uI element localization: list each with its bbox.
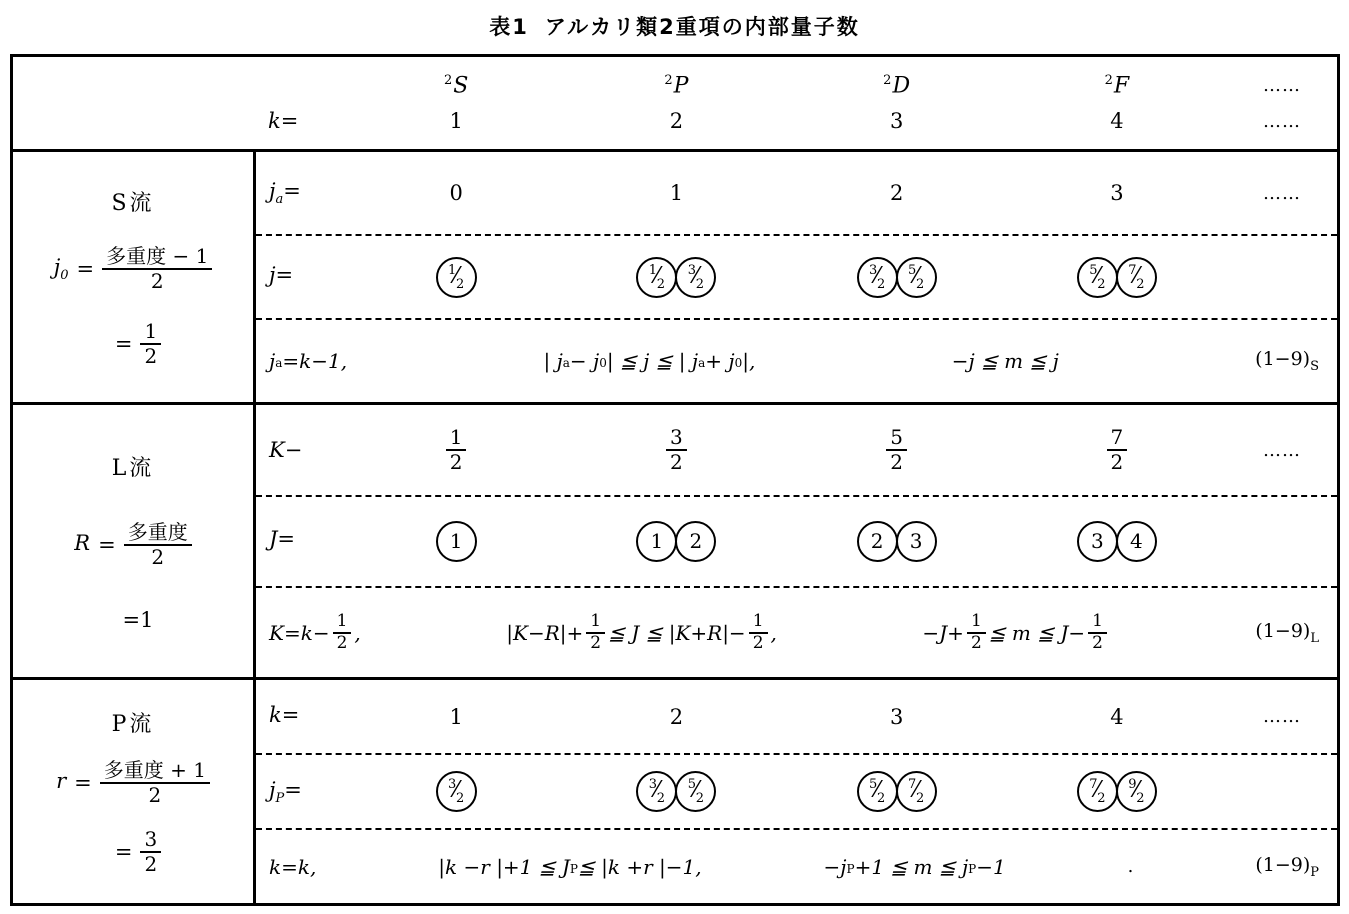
- circled-fraction: 5⁄2: [675, 771, 716, 812]
- formula-m-range: −j ≦ m ≦ j: [952, 349, 1059, 373]
- circled-group: 2 3: [857, 521, 937, 562]
- fraction-slash: ⁄: [875, 264, 879, 289]
- k-row-label: k=: [256, 703, 346, 731]
- equation-number: (1−9)L: [1255, 620, 1319, 646]
- k-value-row: k= 1 2 3 4 ……: [13, 109, 1337, 133]
- k-value: 2: [566, 705, 786, 729]
- k-label: k=: [256, 109, 346, 133]
- fraction: 52: [886, 426, 907, 474]
- table-header: 2S 2P 2D 2F …… k= 1 2 3 4 ……: [13, 57, 1337, 152]
- ja-value: 2: [787, 181, 1007, 205]
- section-s-body: ja= 0 1 2 3 …… j= 1⁄2 1⁄2 3⁄2: [256, 152, 1337, 402]
- fraction: 多重度 − 12: [102, 245, 212, 293]
- circled-integer: 4: [1116, 521, 1157, 562]
- row-ja: ja= 0 1 2 3 ……: [256, 152, 1337, 234]
- section-p-label: P流: [112, 707, 155, 738]
- fraction: 12: [749, 612, 768, 653]
- circled-fraction: 9⁄2: [1116, 771, 1157, 812]
- formula-m-range: −J+12≦ m ≦ J−12: [922, 612, 1110, 653]
- row-p-constraints: k=k, |k −r |+1 ≦ JP ≦ |k +r |−1, −jP+1 ≦…: [256, 828, 1337, 903]
- formula-bigj-range: |K−R|+12≦ J ≦ |K+R|−12,: [506, 612, 777, 653]
- k-value: 3: [787, 705, 1007, 729]
- section-p-definition: r = 多重度 + 12: [56, 759, 210, 807]
- scanned-table-page: 表1アルカリ類2重項の内部量子数 2S 2P 2D 2F …… k= 1 2 3…: [0, 0, 1349, 914]
- fraction: 12: [446, 426, 467, 474]
- ja-value: 1: [566, 181, 786, 205]
- ja-value: 3: [1007, 181, 1227, 205]
- section-l: L流 R = 多重度2 =1 K− 12 32 52 72 ……: [13, 405, 1337, 680]
- row-j: j= 1⁄2 1⁄2 3⁄2 3⁄2 5⁄2 5⁄2 7⁄2: [256, 234, 1337, 318]
- fraction-slash: ⁄: [655, 778, 659, 803]
- fraction-slash: ⁄: [694, 264, 698, 289]
- circled-integer: 3: [896, 521, 937, 562]
- ellipsis: ……: [1227, 75, 1337, 96]
- equation-number: (1−9)P: [1255, 854, 1319, 880]
- circled-fraction: 3⁄2: [436, 771, 477, 812]
- formula-k-def: k=k,: [269, 855, 316, 879]
- term-2p: 2P: [566, 73, 786, 98]
- fraction: 72: [1107, 426, 1128, 474]
- term-2d: 2D: [787, 73, 1007, 98]
- circled-fraction: 3⁄2: [636, 771, 677, 812]
- k-value: 2: [566, 109, 786, 133]
- j-row-label: j=: [256, 263, 346, 291]
- row-s-constraints: ja=k−1, | ja− j0| ≦ j ≦ | ja+ j0|, −j ≦ …: [256, 318, 1337, 402]
- fraction-slash: ⁄: [454, 264, 458, 289]
- table-number: 表1: [489, 15, 529, 39]
- bigj-row-label: J=: [256, 527, 346, 555]
- circled-fraction: 5⁄2: [896, 257, 937, 298]
- circled-group: 3⁄2: [436, 771, 477, 812]
- fraction-slash: ⁄: [1096, 264, 1100, 289]
- k-value: 4: [1007, 705, 1227, 729]
- circled-integer: 1: [636, 521, 677, 562]
- k-value: 4: [1007, 109, 1227, 133]
- circled-fraction: 3⁄2: [675, 257, 716, 298]
- circled-group: 5⁄2 7⁄2: [857, 771, 937, 812]
- circled-group: 3⁄2 5⁄2: [636, 771, 716, 812]
- section-l-side: L流 R = 多重度2 =1: [13, 405, 256, 677]
- circled-fraction: 5⁄2: [857, 771, 898, 812]
- ellipsis: ……: [1227, 706, 1337, 727]
- fraction: 多重度2: [124, 521, 192, 569]
- section-s: S流 j0 = 多重度 − 12 = 12 ja= 0 1 2 3: [13, 152, 1337, 405]
- fraction: 32: [666, 426, 687, 474]
- quantum-number-table: 2S 2P 2D 2F …… k= 1 2 3 4 …… S流 j0: [10, 54, 1340, 906]
- section-p: P流 r = 多重度 + 12 = 32 k= 1 2 3 4: [13, 680, 1337, 903]
- circled-group: 3⁄2 5⁄2: [857, 257, 937, 298]
- circled-group: 1: [436, 521, 477, 562]
- section-s-side: S流 j0 = 多重度 − 12 = 12: [13, 152, 256, 402]
- circled-group: 3 4: [1077, 521, 1157, 562]
- fraction-slash: ⁄: [1096, 778, 1100, 803]
- period-mark: .: [1128, 856, 1134, 877]
- fraction: 12: [1088, 612, 1107, 653]
- circled-fraction: 7⁄2: [1116, 257, 1157, 298]
- ellipsis: ……: [1227, 183, 1337, 204]
- fraction-slash: ⁄: [875, 778, 879, 803]
- fraction: 12: [333, 612, 352, 653]
- bigk-row-label: K−: [256, 438, 346, 462]
- row-l-constraints: K=k−12, |K−R|+12≦ J ≦ |K+R|−12, −J+12≦ m…: [256, 586, 1337, 677]
- formula-ja-def: ja=k−1,: [269, 349, 347, 373]
- section-s-label: S流: [111, 186, 154, 217]
- circled-integer: 3: [1077, 521, 1118, 562]
- formula-j-range: | ja− j0| ≦ j ≦ | ja+ j0|,: [543, 349, 755, 373]
- circled-group: 5⁄2 7⁄2: [1077, 257, 1157, 298]
- k-value: 1: [346, 109, 566, 133]
- fraction-slash: ⁄: [694, 778, 698, 803]
- section-s-definition: j0 = 多重度 − 12: [54, 245, 213, 293]
- section-p-body: k= 1 2 3 4 …… jP= 3⁄2 3⁄2 5⁄2: [256, 680, 1337, 903]
- fraction: 12: [140, 320, 161, 368]
- term-2s: 2S: [346, 73, 566, 98]
- fraction-slash: ⁄: [1135, 778, 1139, 803]
- table-title-text: アルカリ類2重項の内部量子数: [545, 15, 860, 39]
- section-s-result: = 12: [115, 320, 161, 368]
- section-l-definition: R = 多重度2: [74, 521, 191, 569]
- section-l-label: L流: [112, 451, 155, 482]
- fraction-slash: ⁄: [1135, 264, 1139, 289]
- circled-fraction: 7⁄2: [1077, 771, 1118, 812]
- circled-fraction: 7⁄2: [896, 771, 937, 812]
- formula-jp-range: |k −r |+1 ≦ JP ≦ |k +r |−1,: [438, 855, 701, 879]
- equation-number: (1−9)S: [1255, 348, 1319, 374]
- circled-integer: 1: [436, 521, 477, 562]
- fraction: 12: [967, 612, 986, 653]
- formula-m-range: −jP+1 ≦ m ≦ jP−1: [824, 855, 1006, 879]
- circled-fraction: 1⁄2: [636, 257, 677, 298]
- circled-integer: 2: [857, 521, 898, 562]
- fraction-slash: ⁄: [655, 264, 659, 289]
- circled-fraction: 3⁄2: [857, 257, 898, 298]
- row-bigj: J= 1 1 2 2 3 3 4: [256, 495, 1337, 586]
- row-bigk: K− 12 32 52 72 ……: [256, 405, 1337, 494]
- fraction-slash: ⁄: [454, 778, 458, 803]
- ellipsis: ……: [1227, 440, 1337, 461]
- term-2f: 2F: [1007, 73, 1227, 98]
- formula-bigk-def: K=k−12,: [269, 612, 361, 653]
- fraction: 32: [140, 828, 161, 876]
- jp-row-label: jP=: [256, 778, 346, 806]
- section-p-result: = 32: [115, 828, 161, 876]
- circled-fraction: 5⁄2: [1077, 257, 1118, 298]
- fraction-slash: ⁄: [914, 778, 918, 803]
- ja-value: 0: [346, 181, 566, 205]
- fraction: 多重度 + 12: [100, 759, 210, 807]
- row-k: k= 1 2 3 4 ……: [256, 680, 1337, 753]
- circled-group: 7⁄2 9⁄2: [1077, 771, 1157, 812]
- table-title: 表1アルカリ類2重項の内部量子数: [0, 11, 1349, 41]
- ellipsis: ……: [1227, 111, 1337, 132]
- k-value: 3: [787, 109, 1007, 133]
- section-p-side: P流 r = 多重度 + 12 = 32: [13, 680, 256, 903]
- section-l-result: =1: [123, 608, 154, 632]
- section-l-body: K− 12 32 52 72 …… J= 1 1 2: [256, 405, 1337, 677]
- circled-fraction: 1⁄2: [436, 257, 477, 298]
- fraction-slash: ⁄: [914, 264, 918, 289]
- circled-group: 1⁄2 3⁄2: [636, 257, 716, 298]
- circled-group: 1 2: [636, 521, 716, 562]
- circled-group: 1⁄2: [436, 257, 477, 298]
- k-value: 1: [346, 705, 566, 729]
- fraction: 12: [586, 612, 605, 653]
- row-jp: jP= 3⁄2 3⁄2 5⁄2 5⁄2 7⁄2 7⁄2 9⁄2: [256, 753, 1337, 828]
- term-symbol-row: 2S 2P 2D 2F ……: [13, 73, 1337, 98]
- ja-row-label: ja=: [256, 179, 346, 207]
- circled-integer: 2: [675, 521, 716, 562]
